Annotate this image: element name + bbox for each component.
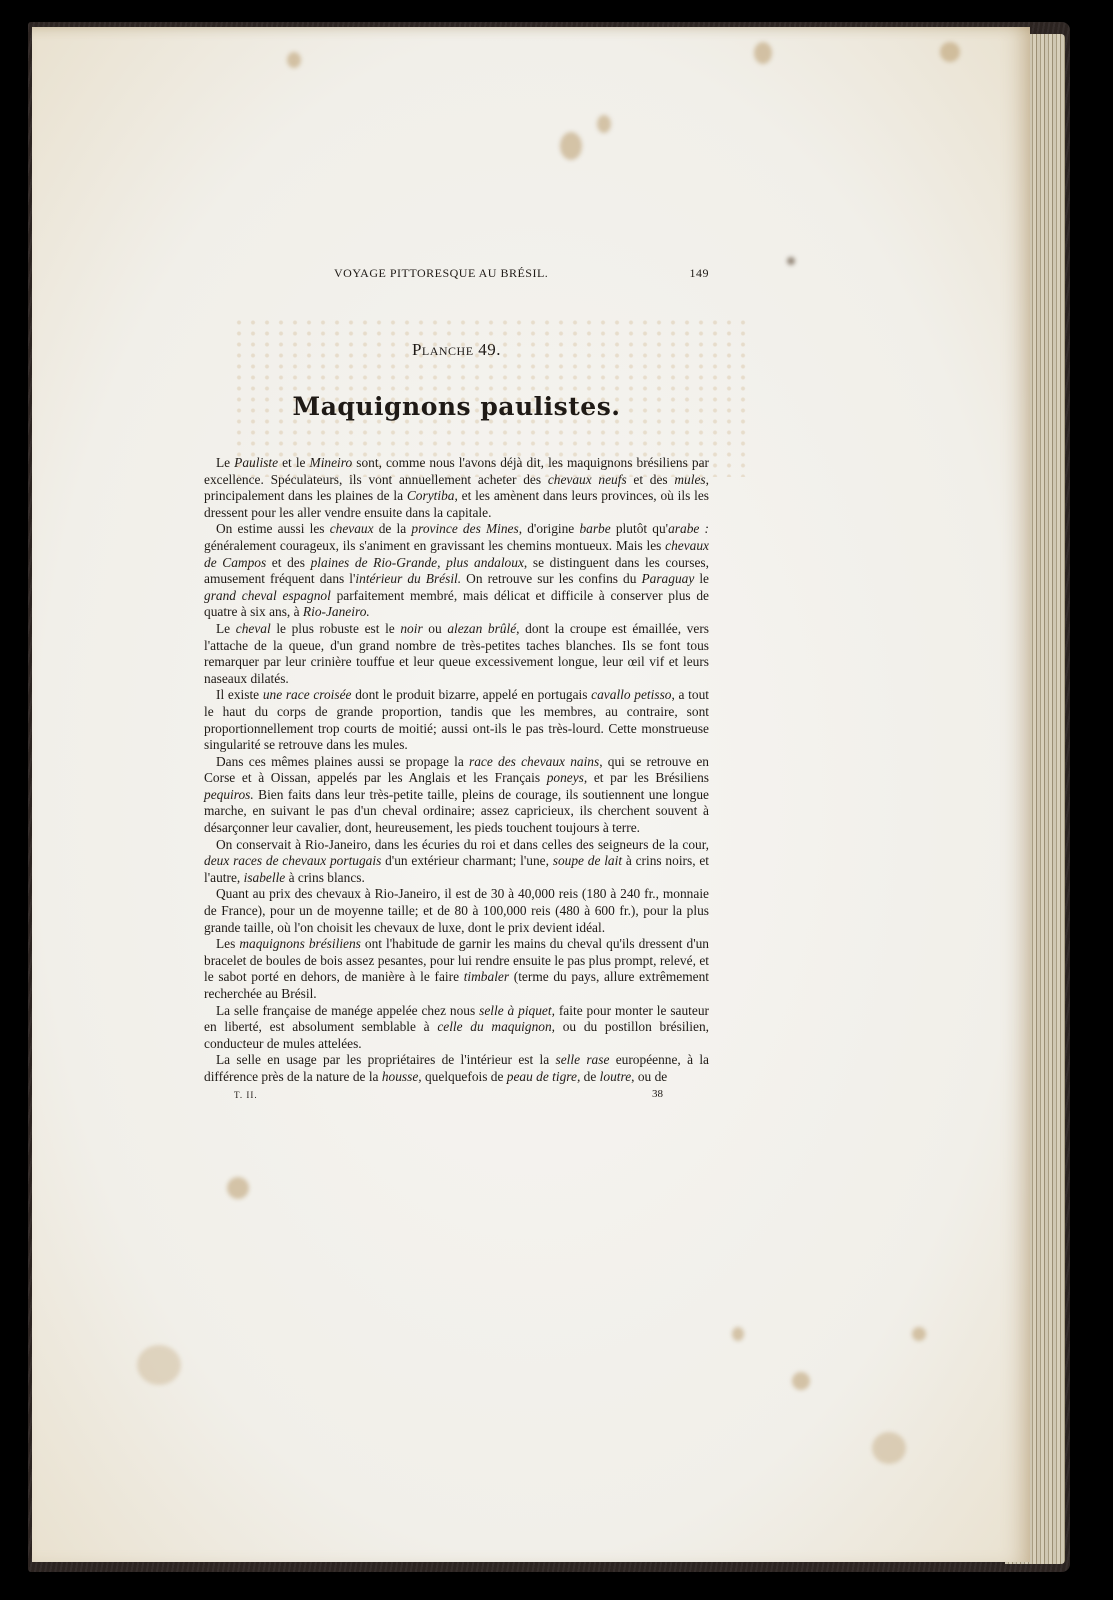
italic-term: loutre <box>600 1069 632 1084</box>
text-run: On retrouve sur les confins du <box>461 571 641 586</box>
text-run: dont le produit bizarre, appelé en portu… <box>352 687 592 702</box>
italic-term: poneys <box>547 770 584 785</box>
foxing-spot <box>912 1327 926 1341</box>
italic-term: Mineiro <box>310 455 353 470</box>
text-run: et le <box>278 455 309 470</box>
italic-term: peau de tigre, <box>507 1069 581 1084</box>
italic-term: maquignons brésiliens <box>239 936 361 951</box>
text-run: le plus robuste est le <box>271 621 401 636</box>
signature-mark: 38 <box>652 1088 663 1100</box>
italic-term: barbe <box>579 521 610 536</box>
italic-term: province des Mines <box>411 521 518 536</box>
text-run: généralement courageux, ils s'animent en… <box>204 538 665 553</box>
text-run: , d'origine <box>519 521 580 536</box>
italic-term: intérieur du Brésil. <box>355 571 461 586</box>
body-text: Le Pauliste et le Mineiro sont, comme no… <box>204 455 709 1086</box>
italic-term: race des chevaux nains <box>469 754 599 769</box>
text-run: , et par les Brésiliens <box>584 770 709 785</box>
foxing-spot <box>787 257 795 265</box>
paragraph: Il existe une race croisée dont le produ… <box>204 687 709 753</box>
italic-term: selle rase <box>555 1052 609 1067</box>
text-run: de <box>580 1069 599 1084</box>
text-run: de la <box>374 521 412 536</box>
italic-term: une race croisée <box>263 687 352 702</box>
italic-term: chevaux neufs <box>548 472 627 487</box>
text-run: quelquefois de <box>422 1069 507 1084</box>
foxing-spot <box>732 1327 744 1341</box>
italic-term: timbaler <box>464 969 509 984</box>
text-run: La selle française de manége appelée che… <box>216 1003 479 1018</box>
italic-term: plaines de Rio-Grande, plus andaloux <box>311 555 524 570</box>
text-run: On conservait à Rio-Janeiro, dans les éc… <box>216 837 709 852</box>
text-run: On estime aussi les <box>216 521 330 536</box>
plate-heading: Planche 49. <box>204 340 709 360</box>
text-run: Les <box>216 936 239 951</box>
foxing-spot <box>940 42 960 62</box>
foxing-spot <box>754 42 772 64</box>
text-run: ou <box>423 621 448 636</box>
italic-term: grand cheval espagnol <box>204 588 331 603</box>
running-title: VOYAGE PITTORESQUE AU BRÉSIL. <box>334 266 548 281</box>
paragraph: Quant au prix des chevaux à Rio-Janeiro,… <box>204 886 709 936</box>
italic-term: noir <box>400 621 422 636</box>
foxing-spot <box>287 52 301 68</box>
page-footer: T. II. 38 <box>204 1088 709 1108</box>
foxing-spot <box>872 1432 906 1464</box>
foxing-spot <box>597 115 611 133</box>
foxing-spot <box>792 1372 810 1390</box>
italic-term: chevaux <box>330 521 374 536</box>
chapter-title: Maquignons paulistes. <box>204 392 709 421</box>
italic-term: cheval <box>236 621 271 636</box>
italic-term: Corytiba <box>407 488 455 503</box>
text-run: La selle en usage par les propriétaires … <box>216 1052 555 1067</box>
italic-term: housse, <box>382 1069 422 1084</box>
text-run: le <box>694 571 709 586</box>
italic-term: alezan brûlé <box>447 621 516 636</box>
paragraph: On conservait à Rio-Janeiro, dans les éc… <box>204 837 709 887</box>
italic-term: Rio-Janeiro. <box>303 604 370 619</box>
foxing-spot <box>560 132 582 160</box>
italic-term: arabe : <box>668 521 709 536</box>
text-run: Le <box>216 455 234 470</box>
text-run: plutôt qu' <box>611 521 668 536</box>
italic-term: Pauliste <box>234 455 278 470</box>
volume-marker: T. II. <box>234 1090 258 1100</box>
paragraph: On estime aussi les chevaux de la provin… <box>204 521 709 621</box>
text-run: et des <box>266 555 310 570</box>
italic-term: Paraguay <box>641 571 694 586</box>
italic-term: selle à piquet, <box>479 1003 555 1018</box>
text-run: Bien faits dans leur très-petite taille,… <box>204 787 709 835</box>
paragraph: Dans ces mêmes plaines aussi se propage … <box>204 754 709 837</box>
text-run: Dans ces mêmes plaines aussi se propage … <box>216 754 469 769</box>
paragraph: Les maquignons brésiliens ont l'habitude… <box>204 936 709 1002</box>
paragraph: Le Pauliste et le Mineiro sont, comme no… <box>204 455 709 521</box>
foxing-spot <box>227 1177 249 1199</box>
paragraph: La selle en usage par les propriétaires … <box>204 1052 709 1085</box>
paragraph: Le cheval le plus robuste est le noir ou… <box>204 621 709 687</box>
paragraph: La selle française de manége appelée che… <box>204 1003 709 1053</box>
text-block: VOYAGE PITTORESQUE AU BRÉSIL. 149 Planch… <box>204 262 709 1108</box>
italic-term: isabelle <box>244 870 286 885</box>
italic-term: celle du maquignon, <box>437 1019 555 1034</box>
italic-term: mules <box>674 472 705 487</box>
text-run: Le <box>216 621 236 636</box>
page-number: 149 <box>690 266 710 281</box>
text-run: , ou de <box>631 1069 667 1084</box>
text-run: à crins blancs. <box>285 870 365 885</box>
italic-term: pequiros. <box>204 787 254 802</box>
text-run: d'un extérieur charmant; l'une, <box>381 853 552 868</box>
italic-term: cavallo petisso <box>591 687 671 702</box>
running-head: VOYAGE PITTORESQUE AU BRÉSIL. 149 <box>204 262 709 284</box>
foxing-spot <box>137 1345 181 1385</box>
italic-term: soupe de lait <box>553 853 622 868</box>
italic-term: deux races de chevaux portugais <box>204 853 381 868</box>
text-run: Il existe <box>216 687 263 702</box>
text-run: et des <box>627 472 675 487</box>
text-run: Quant au prix des chevaux à Rio-Janeiro,… <box>204 886 709 934</box>
